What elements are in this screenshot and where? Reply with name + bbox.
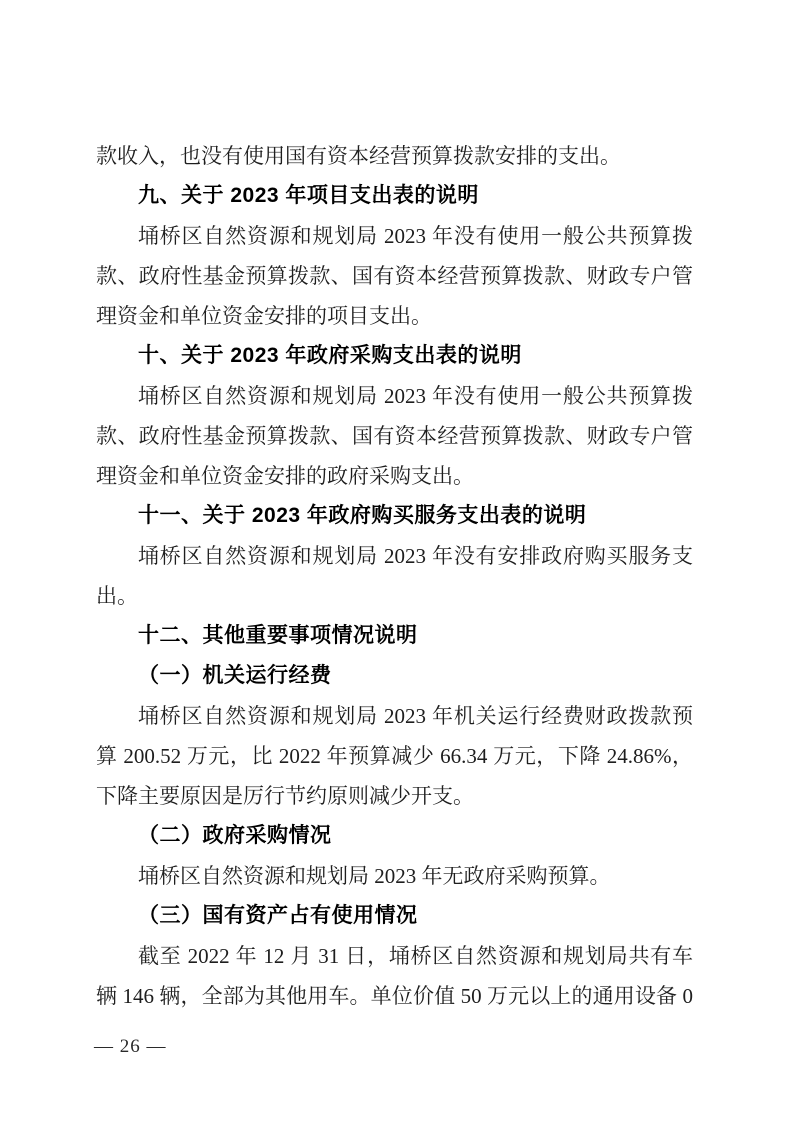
body-text-line: 埇桥区自然资源和规划局 2023 年无政府采购预算。 bbox=[96, 856, 693, 896]
body-text-line: 埇桥区自然资源和规划局 2023 年没有使用一般公共预算拨 bbox=[96, 376, 693, 416]
body-text-line: 埇桥区自然资源和规划局 2023 年没有使用一般公共预算拨 bbox=[96, 216, 693, 256]
section-heading-line: （三）国有资产占有使用情况 bbox=[96, 896, 693, 936]
body-text-line: 款、政府性基金预算拨款、国有资本经营预算拨款、财政专户管 bbox=[96, 416, 693, 456]
body-text-line: 款、政府性基金预算拨款、国有资本经营预算拨款、财政专户管 bbox=[96, 256, 693, 296]
body-text-line: 算 200.52 万元，比 2022 年预算减少 66.34 万元，下降 24.… bbox=[96, 736, 693, 776]
document-body: 款收入，也没有使用国有资本经营预算拨款安排的支出。九、关于 2023 年项目支出… bbox=[96, 136, 693, 1016]
body-text-line: 辆 146 辆，全部为其他用车。单位价值 50 万元以上的通用设备 0 bbox=[96, 976, 693, 1016]
section-heading-line: 十一、关于 2023 年政府购买服务支出表的说明 bbox=[96, 496, 693, 536]
body-text-line: 截至 2022 年 12 月 31 日，埇桥区自然资源和规划局共有车 bbox=[96, 936, 693, 976]
body-text-line: 出。 bbox=[96, 576, 693, 616]
section-heading-line: 十二、其他重要事项情况说明 bbox=[96, 616, 693, 656]
section-heading-line: 十、关于 2023 年政府采购支出表的说明 bbox=[96, 336, 693, 376]
body-text-line: 下降主要原因是厉行节约原则减少开支。 bbox=[96, 776, 693, 816]
body-text-line: 理资金和单位资金安排的政府采购支出。 bbox=[96, 456, 693, 496]
document-page: 款收入，也没有使用国有资本经营预算拨款安排的支出。九、关于 2023 年项目支出… bbox=[0, 0, 793, 1122]
body-text-line: 款收入，也没有使用国有资本经营预算拨款安排的支出。 bbox=[96, 136, 693, 176]
body-text-line: 理资金和单位资金安排的项目支出。 bbox=[96, 296, 693, 336]
body-text-line: 埇桥区自然资源和规划局 2023 年没有安排政府购买服务支 bbox=[96, 536, 693, 576]
section-heading-line: （二）政府采购情况 bbox=[96, 816, 693, 856]
section-heading-line: 九、关于 2023 年项目支出表的说明 bbox=[96, 176, 693, 216]
section-heading-line: （一）机关运行经费 bbox=[96, 656, 693, 696]
body-text-line: 埇桥区自然资源和规划局 2023 年机关运行经费财政拨款预 bbox=[96, 696, 693, 736]
page-footer: — 26 — bbox=[94, 1036, 167, 1058]
page-number: — 26 — bbox=[94, 1036, 167, 1057]
